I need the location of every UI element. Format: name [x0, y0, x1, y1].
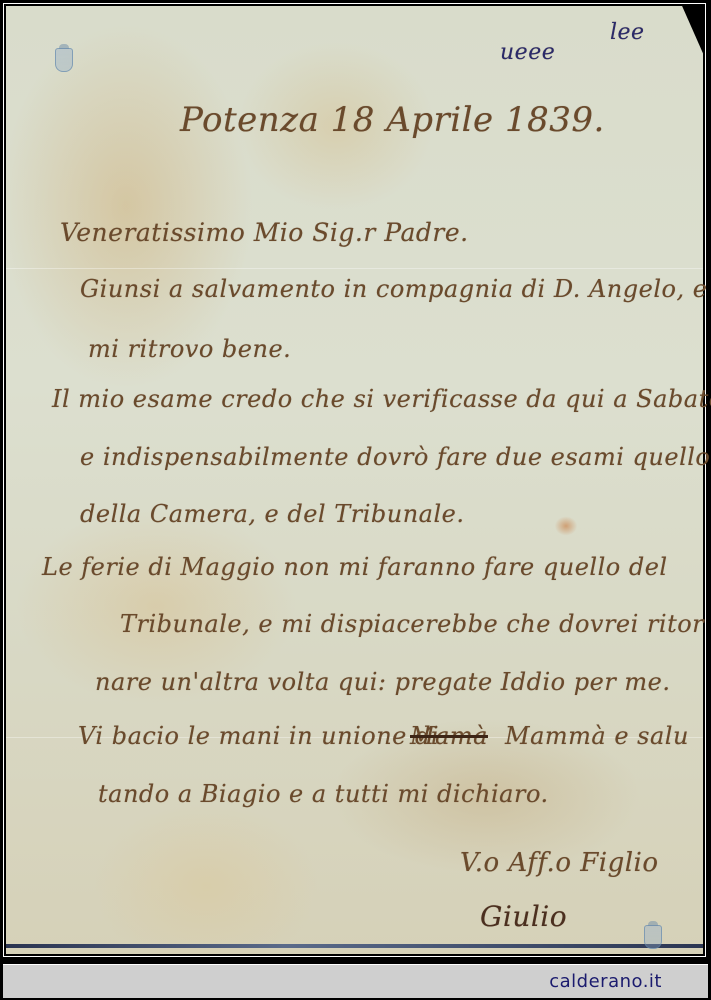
site-credit: calderano.it [549, 971, 662, 992]
footer-bar: calderano.it [0, 962, 711, 1000]
annotation-mark: ueee [500, 40, 555, 65]
letter-line: della Camera, e del Tribunale. [80, 500, 464, 528]
letter-closing: V.o Aff.o Figlio [460, 848, 659, 878]
paper-fold-line [6, 268, 703, 269]
letter-line: mi ritrovo bene. [88, 335, 291, 363]
annotation-mark: lee [610, 20, 645, 45]
letter-salutation: Veneratissimo Mio Sig.r Padre. [60, 218, 469, 247]
letter-paper [6, 6, 703, 954]
letter-line: Tribunale, e mi dispiacerebbe che dovrei… [120, 610, 704, 638]
watermark-crest-icon [644, 925, 662, 949]
letter-line: Il mio esame credo che si verificasse da… [52, 385, 711, 413]
paper-bottom-edge [6, 944, 703, 948]
letter-line: Mammà e salu [505, 722, 689, 750]
watermark-crest-icon [55, 48, 73, 72]
footer-panel: calderano.it [3, 964, 708, 998]
letter-line: Le ferie di Maggio non mi faranno fare q… [42, 553, 668, 581]
letter-dateline: Potenza 18 Aprile 1839. [180, 100, 605, 140]
letter-line: Vi bacio le mani in unione di [78, 722, 439, 750]
letter-signature: Giulio [480, 900, 567, 933]
image-frame: ueee lee Potenza 18 Aprile 1839. Venerat… [0, 0, 711, 962]
letter-line: nare un'altra volta qui: pregate Iddio p… [95, 668, 671, 696]
struck-out-word: Mamà [410, 722, 488, 750]
letter-line: Giunsi a salvamento in compagnia di D. A… [80, 275, 707, 303]
letter-line: tando a Biagio e a tutti mi dichiaro. [98, 780, 549, 808]
letter-line: e indispensabilmente dovrò fare due esam… [80, 443, 710, 471]
